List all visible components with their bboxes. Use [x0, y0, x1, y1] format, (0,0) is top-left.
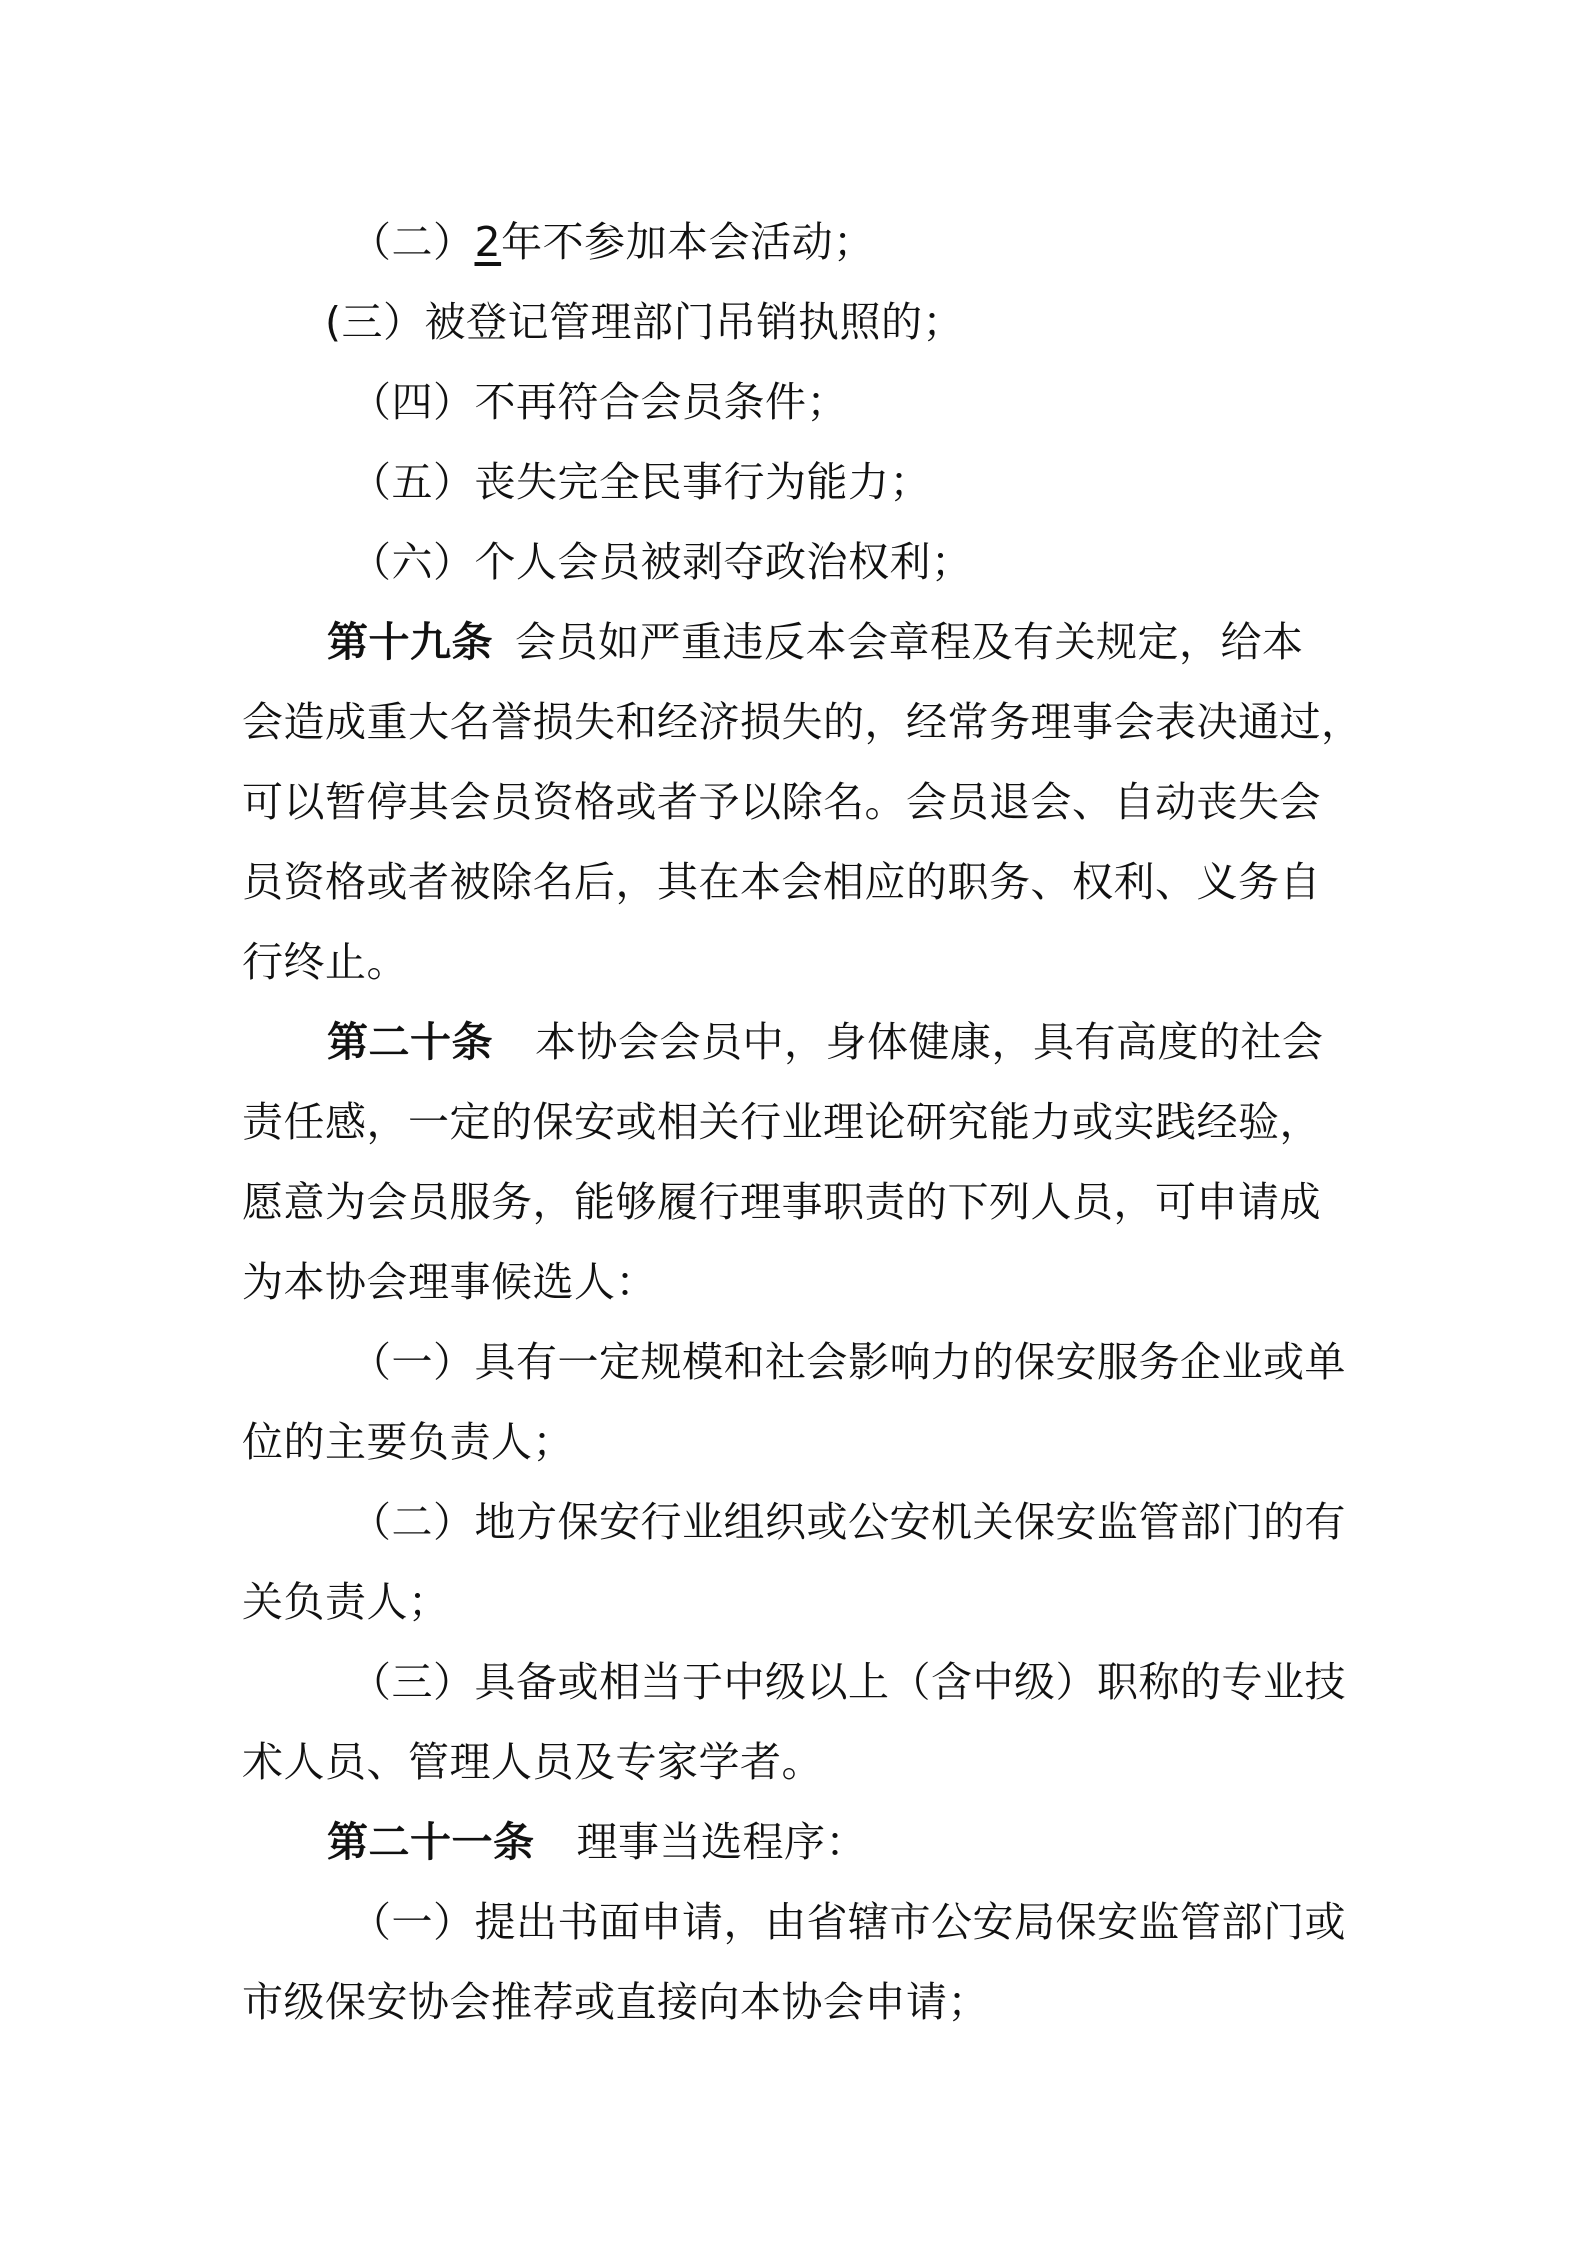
article-19-line: 行终止。 — [242, 922, 408, 1002]
article-19-first-line: 第十九条会员如严重违反本会章程及有关规定，给本 — [327, 602, 1304, 682]
item-marker: （六） — [350, 538, 475, 586]
list-item: （二）地方保安行业组织或公安机关保安监管部门的有 — [350, 1482, 1346, 1562]
article-19-line: 会造成重大名誉损失和经济损失的，经常务理事会表决通过， — [242, 682, 1363, 762]
item-text: 个人会员被剥夺政治权利； — [475, 538, 973, 586]
list-item: （三）具备或相当于中级以上（含中级）职称的专业技 — [350, 1642, 1346, 1722]
item-marker: （三） — [350, 1658, 475, 1706]
list-item-continuation: 术人员、管理人员及专家学者。 — [242, 1722, 823, 1802]
article-text: 本协会会员中，身体健康，具有高度的社会 — [535, 1018, 1324, 1066]
list-item: （一）提出书面申请，由省辖市公安局保安监管部门或 — [350, 1882, 1346, 1962]
list-item-continuation: 位的主要负责人； — [242, 1402, 574, 1482]
article-19-line: 可以暂停其会员资格或者予以除名。会员退会、自动丧失会 — [242, 762, 1321, 842]
article-text: 会员如严重违反本会章程及有关规定，给本 — [515, 618, 1304, 666]
item-text: 丧失完全民事行为能力； — [475, 458, 932, 506]
article-19-line: 员资格或者被除名后，其在本会相应的职务、权利、义务自 — [242, 842, 1321, 922]
list-item-continuation: 关负责人； — [242, 1562, 450, 1642]
item-marker: （四） — [350, 378, 475, 426]
item-marker: （一） — [350, 1338, 475, 1386]
article-20-title: 第二十条 — [327, 1018, 493, 1066]
article-20-line: 责任感，一定的保安或相关行业理论研究能力或实践经验， — [242, 1082, 1321, 1162]
article-20-first-line: 第二十条本协会会员中，身体健康，具有高度的社会 — [327, 1002, 1324, 1082]
list-item: （一）具有一定规模和社会影响力的保安服务企业或单 — [350, 1322, 1346, 1402]
article-20-line: 为本协会理事候选人： — [242, 1242, 657, 1322]
article-21-title: 第二十一条 — [327, 1818, 535, 1866]
item-marker: (三） — [325, 298, 425, 346]
item-marker: （一） — [350, 1898, 475, 1946]
list-item: (三）被登记管理部门吊销执照的； — [325, 282, 964, 362]
list-item: （四）不再符合会员条件； — [350, 362, 848, 442]
document-page: （二）2年不参加本会活动； (三）被登记管理部门吊销执照的； （四）不再符合会员… — [0, 0, 1587, 2245]
item-text: 被登记管理部门吊销执照的； — [425, 298, 965, 346]
item-text: 具有一定规模和社会影响力的保安服务企业或单 — [475, 1338, 1347, 1386]
item-text: 具备或相当于中级以上（含中级）职称的专业技 — [475, 1658, 1347, 1706]
list-item: （六）个人会员被剥夺政治权利； — [350, 522, 973, 602]
article-21-first-line: 第二十一条理事当选程序： — [327, 1802, 867, 1882]
item-number: 2 — [475, 218, 502, 266]
article-20-line: 愿意为会员服务，能够履行理事职责的下列人员，可申请成 — [242, 1162, 1321, 1242]
item-marker: （五） — [350, 458, 475, 506]
item-text: 提出书面申请，由省辖市公安局保安监管部门或 — [475, 1898, 1347, 1946]
article-text: 理事当选程序： — [577, 1818, 868, 1866]
list-item: （二）2年不参加本会活动； — [350, 202, 875, 282]
article-19-title: 第十九条 — [327, 618, 493, 666]
item-marker: （二） — [350, 218, 475, 266]
item-text: 年不参加本会活动； — [501, 218, 875, 266]
item-text: 不再符合会员条件； — [475, 378, 849, 426]
item-marker: （二） — [350, 1498, 475, 1546]
item-text: 地方保安行业组织或公安机关保安监管部门的有 — [475, 1498, 1347, 1546]
list-item: （五）丧失完全民事行为能力； — [350, 442, 931, 522]
list-item-continuation: 市级保安协会推荐或直接向本协会申请； — [242, 1962, 989, 2042]
